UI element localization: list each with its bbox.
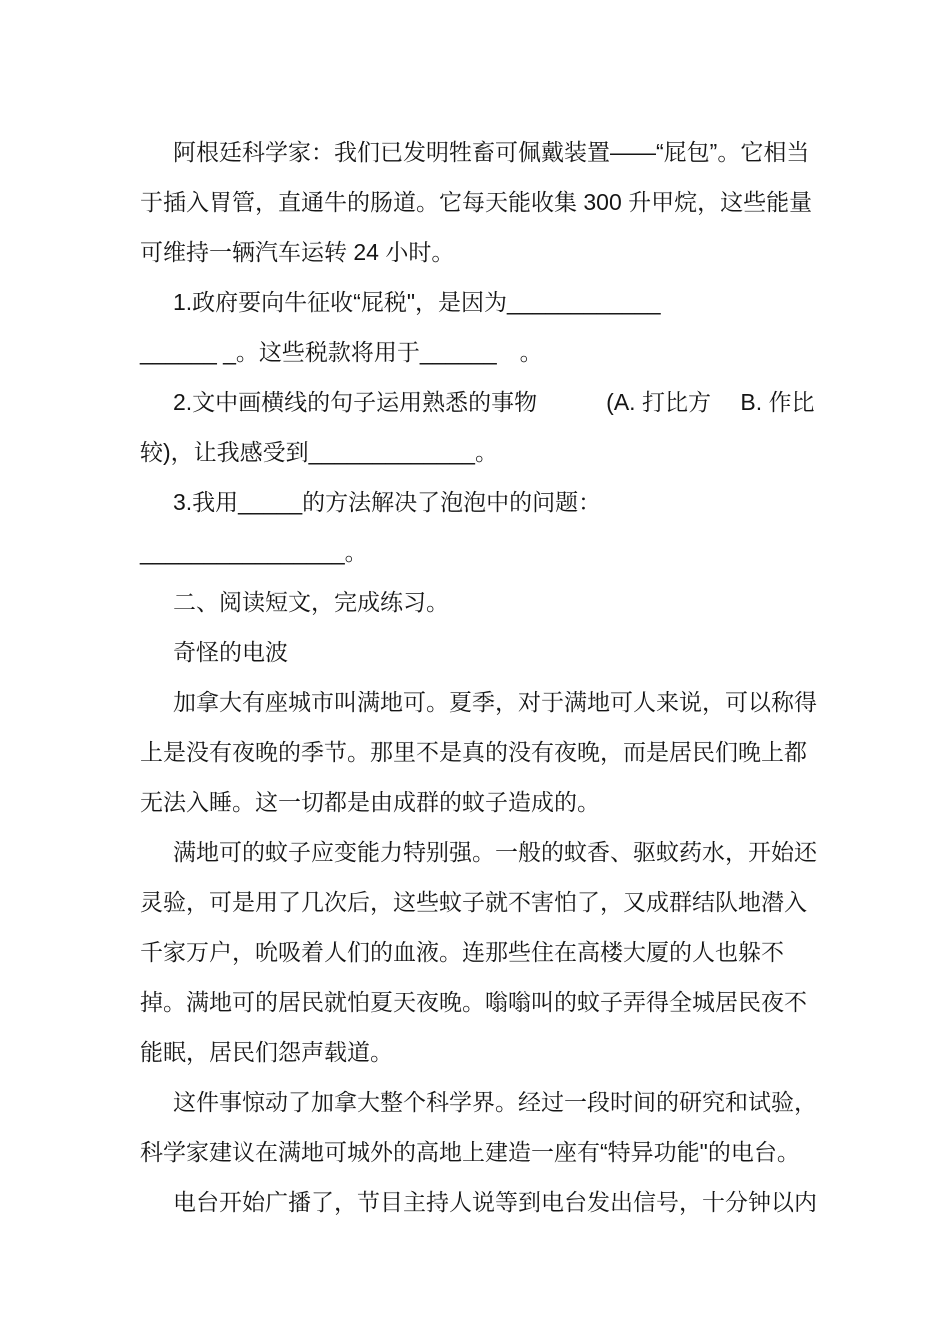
text-line: 能眠，居民们怨声载道。 (140, 1027, 812, 1077)
question-1-line: 1.政府要向牛征收“屁税"，是因为____________ (140, 277, 812, 327)
text-line: 这件事惊动了加拿大整个科学界。经过一段时间的研究和试验， (140, 1077, 812, 1127)
text-line: 电台开始广播了，节目主持人说等到电台发出信号，十分钟以内 (140, 1177, 812, 1227)
text-line: 可维持一辆汽车运转 24 小时。 (140, 227, 812, 277)
question-2-blank-line: 较)，让我感受到_____________。 (140, 427, 812, 477)
section-2-heading: 二、阅读短文，完成练习。 (140, 577, 812, 627)
text-line: 阿根廷科学家：我们已发明牲畜可佩戴装置——“屁包”。它相当 (140, 127, 812, 177)
question-3-blank-line: ________________。 (140, 527, 812, 577)
text-line: 科学家建议在满地可城外的高地上建造一座有“特异功能"的电台。 (140, 1127, 812, 1177)
document-page: 阿根廷科学家：我们已发明牲畜可佩戴装置——“屁包”。它相当 于插入胃管，直通牛的… (0, 0, 950, 1344)
text-line: 灵验，可是用了几次后，这些蚊子就不害怕了，又成群结队地潜入 (140, 877, 812, 927)
text-line: 满地可的蚊子应变能力特别强。一般的蚊香、驱蚊药水，开始还 (140, 827, 812, 877)
question-1-blank-line: ______ _。这些税款将用于______ 。 (140, 327, 812, 377)
question-2-line: 2.文中画横线的句子运用熟悉的事物 (A. 打比方 B. 作比 (140, 377, 812, 427)
text-line: 掉。满地可的居民就怕夏天夜晚。嗡嗡叫的蚊子弄得全城居民夜不 (140, 977, 812, 1027)
text-line: 无法入睡。这一切都是由成群的蚊子造成的。 (140, 777, 812, 827)
text-line: 千家万户，吮吸着人们的血液。连那些住在高楼大厦的人也躲不 (140, 927, 812, 977)
text-line: 上是没有夜晚的季节。那里不是真的没有夜晚，而是居民们晚上都 (140, 727, 812, 777)
text-line: 于插入胃管，直通牛的肠道。它每天能收集 300 升甲烷，这些能量 (140, 177, 812, 227)
question-3-line: 3.我用_____的方法解决了泡泡中的问题： (140, 477, 812, 527)
text-line: 加拿大有座城市叫满地可。夏季，对于满地可人来说，可以称得 (140, 677, 812, 727)
passage-title: 奇怪的电波 (140, 627, 812, 677)
